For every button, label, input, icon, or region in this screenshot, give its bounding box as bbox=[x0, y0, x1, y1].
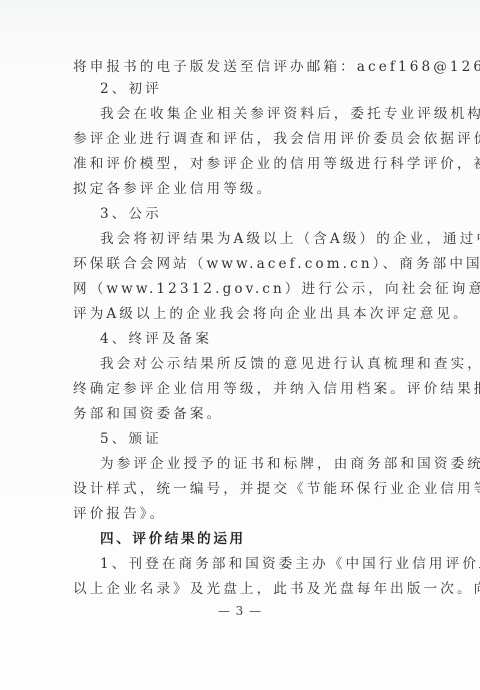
text-line: 终确定参评企业信用等级，并纳入信用档案。评价结果报商 bbox=[73, 380, 403, 398]
text-line: 4、终评及备案 bbox=[100, 330, 430, 348]
text-line: 1、刊登在商务部和国资委主办《中国行业信用评价A 级 bbox=[100, 555, 430, 573]
text-line: 将申报书的电子版发送至信评办邮箱：acef168@126.com。 bbox=[73, 58, 403, 76]
text-line: 网（www.12312.gov.cn）进行公示，向社会征询意见。未被 bbox=[73, 280, 403, 298]
text-line: 我会对公示结果所反馈的意见进行认真梳理和查实，最 bbox=[100, 355, 430, 373]
text-line: 准和评价模型，对参评企业的信用等级进行科学评价，初步 bbox=[73, 155, 403, 173]
text-line: 务部和国资委备案。 bbox=[73, 405, 403, 423]
text-line: 3、公示 bbox=[100, 205, 430, 223]
text-line: 拟定各参评企业信用等级。 bbox=[73, 180, 403, 198]
text-line: 为参评企业授予的证书和标牌，由商务部和国资委统一 bbox=[100, 455, 430, 473]
text-line: 我会在收集企业相关参评资料后，委托专业评级机构对 bbox=[100, 105, 430, 123]
section-heading: 四、评价结果的运用 bbox=[100, 530, 430, 548]
text-line: 5、颁证 bbox=[100, 430, 430, 448]
text-line: 评为A级以上的企业我会将向企业出具本次评定意见。 bbox=[73, 305, 403, 323]
text-line: 环保联合会网站（www.acef.com.cn）、商务部中国市场秩序 bbox=[73, 255, 403, 273]
scanned-document-page: 将申报书的电子版发送至信评办邮箱：acef168@126.com。2、初评我会在… bbox=[0, 0, 480, 690]
text-line: 我会将初评结果为A级以上（含A级）的企业，通过中华 bbox=[100, 230, 430, 248]
page-number: — 3 — bbox=[0, 604, 480, 618]
text-line: 评价报告》。 bbox=[73, 505, 403, 523]
text-line: 设计样式，统一编号，并提交《节能环保行业企业信用等级 bbox=[73, 480, 403, 498]
text-line: 以上企业名录》及光盘上，此书及光盘每年出版一次。向驻 bbox=[73, 580, 403, 598]
text-line: 参评企业进行调查和评估，我会信用评价委员会依据评价标 bbox=[73, 130, 403, 148]
text-line: 2、初评 bbox=[100, 80, 430, 98]
